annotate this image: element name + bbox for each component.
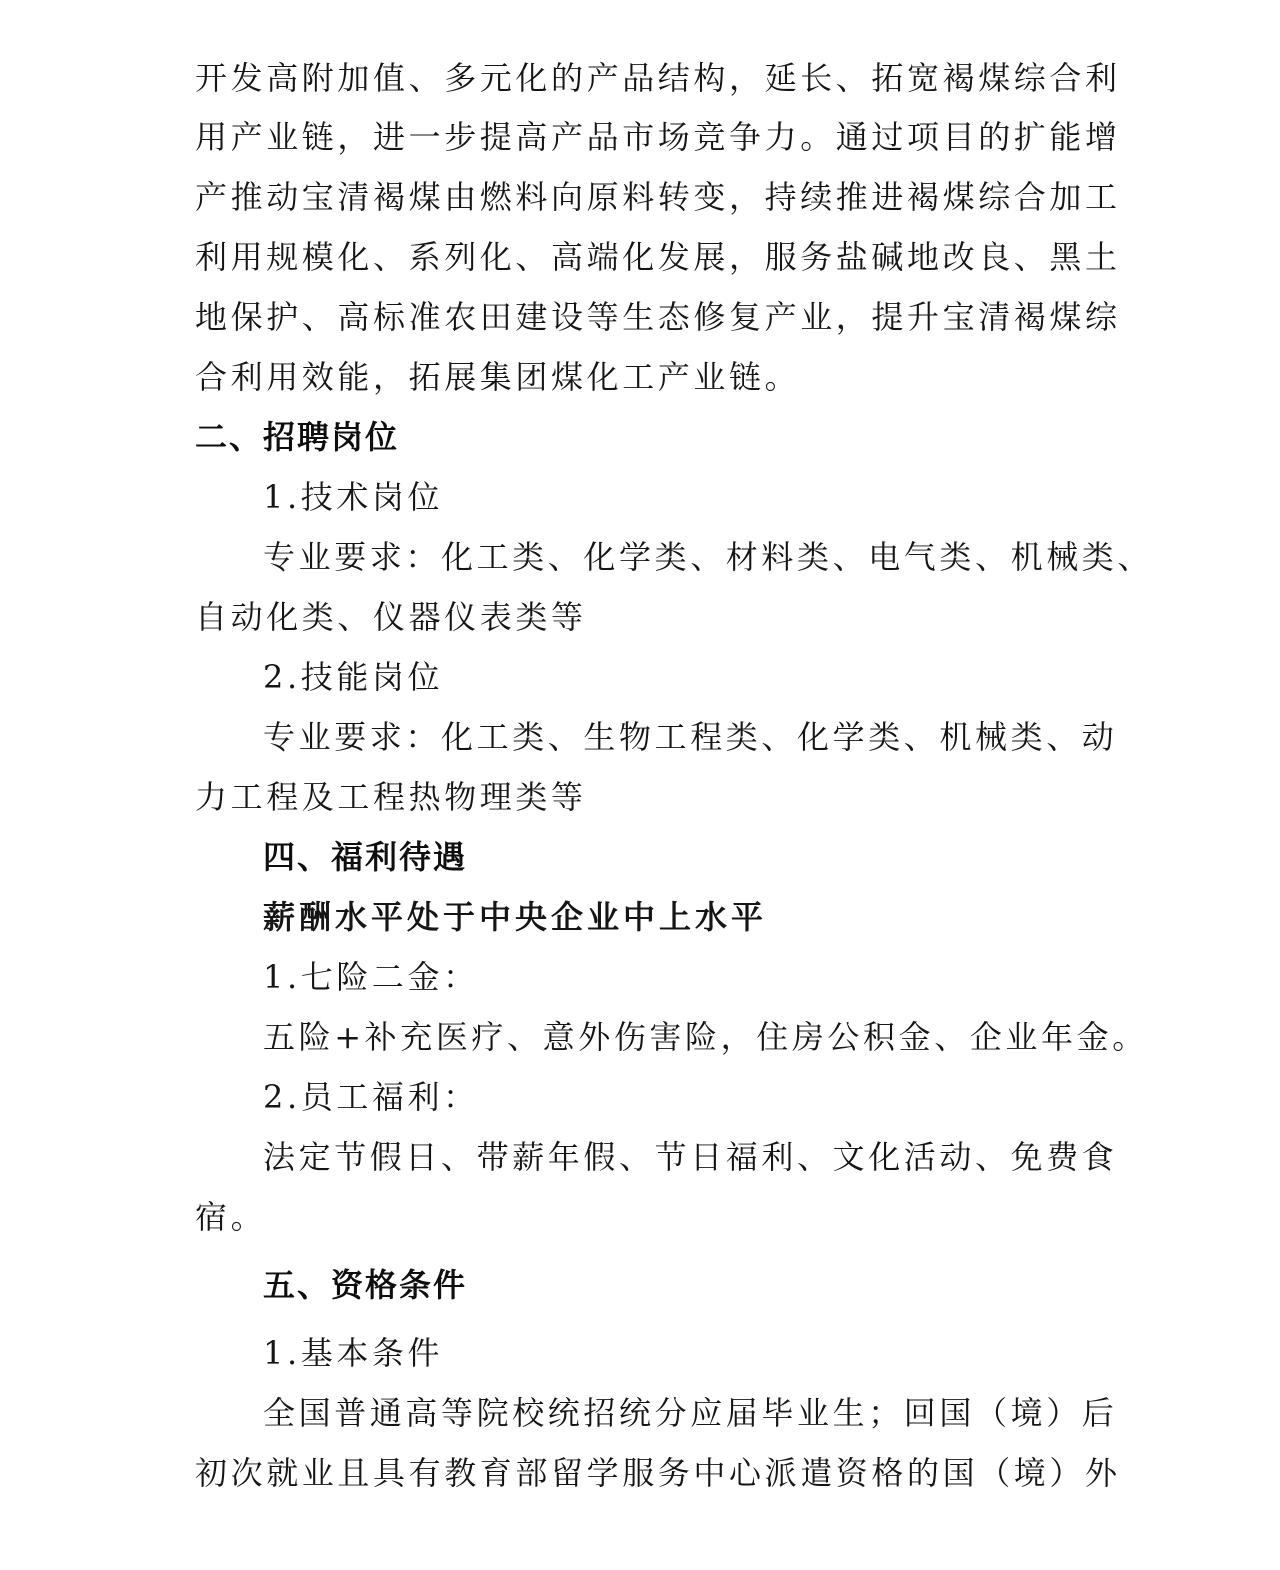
position-title-technical: 1.技术岗位 bbox=[263, 472, 1163, 522]
section-heading-qualifications: 五、资格条件 bbox=[263, 1260, 1163, 1310]
benefit-title-employee-welfare: 2.员工福利： bbox=[263, 1072, 1163, 1122]
qualification-basic-detail-line-2: 初次就业且具有教育部留学服务中心派遣资格的国（境）外 bbox=[195, 1448, 1095, 1498]
section-heading-benefits: 四、福利待遇 bbox=[263, 832, 1163, 882]
benefit-welfare-detail-line-2: 宿。 bbox=[195, 1192, 1095, 1242]
benefit-welfare-detail-line-1: 法定节假日、带薪年假、节日福利、文化活动、免费食 bbox=[263, 1132, 1163, 1182]
section-heading-recruitment-positions: 二、招聘岗位 bbox=[195, 412, 1095, 462]
position-skilled-requirement-line-1: 专业要求：化工类、生物工程类、化学类、机械类、动 bbox=[263, 712, 1163, 762]
document-page: 开发高附加值、多元化的产品结构，延长、拓宽褐煤综合利 用产业链，进一步提高产品市… bbox=[0, 0, 1280, 1570]
intro-paragraph-line-4: 利用规模化、系列化、高端化发展，服务盐碱地改良、黑土 bbox=[195, 232, 1095, 282]
position-skilled-requirement-line-2: 力工程及工程热物理类等 bbox=[195, 772, 1095, 822]
benefit-title-insurance: 1.七险二金： bbox=[263, 952, 1163, 1002]
salary-statement: 薪酬水平处于中央企业中上水平 bbox=[263, 892, 1163, 942]
intro-paragraph-line-5: 地保护、高标准农田建设等生态修复产业，提升宝清褐煤综 bbox=[195, 292, 1095, 342]
position-title-skilled: 2.技能岗位 bbox=[263, 652, 1163, 702]
position-technical-requirement-line-1: 专业要求：化工类、化学类、材料类、电气类、机械类、 bbox=[263, 532, 1163, 582]
intro-paragraph-line-6: 合利用效能，拓展集团煤化工产业链。 bbox=[195, 352, 1095, 402]
intro-paragraph-line-2: 用产业链，进一步提高产品市场竞争力。通过项目的扩能增 bbox=[195, 112, 1095, 162]
qualification-basic-detail-line-1: 全国普通高等院校统招统分应届毕业生；回国（境）后 bbox=[263, 1388, 1163, 1438]
position-technical-requirement-line-2: 自动化类、仪器仪表类等 bbox=[195, 592, 1095, 642]
intro-paragraph-line-3: 产推动宝清褐煤由燃料向原料转变，持续推进褐煤综合加工 bbox=[195, 172, 1095, 222]
benefit-insurance-detail-line-1: 五险+补充医疗、意外伤害险，住房公积金、企业年金。 bbox=[263, 1012, 1163, 1062]
intro-paragraph-line-1: 开发高附加值、多元化的产品结构，延长、拓宽褐煤综合利 bbox=[195, 53, 1095, 103]
qualification-title-basic: 1.基本条件 bbox=[263, 1328, 1163, 1378]
